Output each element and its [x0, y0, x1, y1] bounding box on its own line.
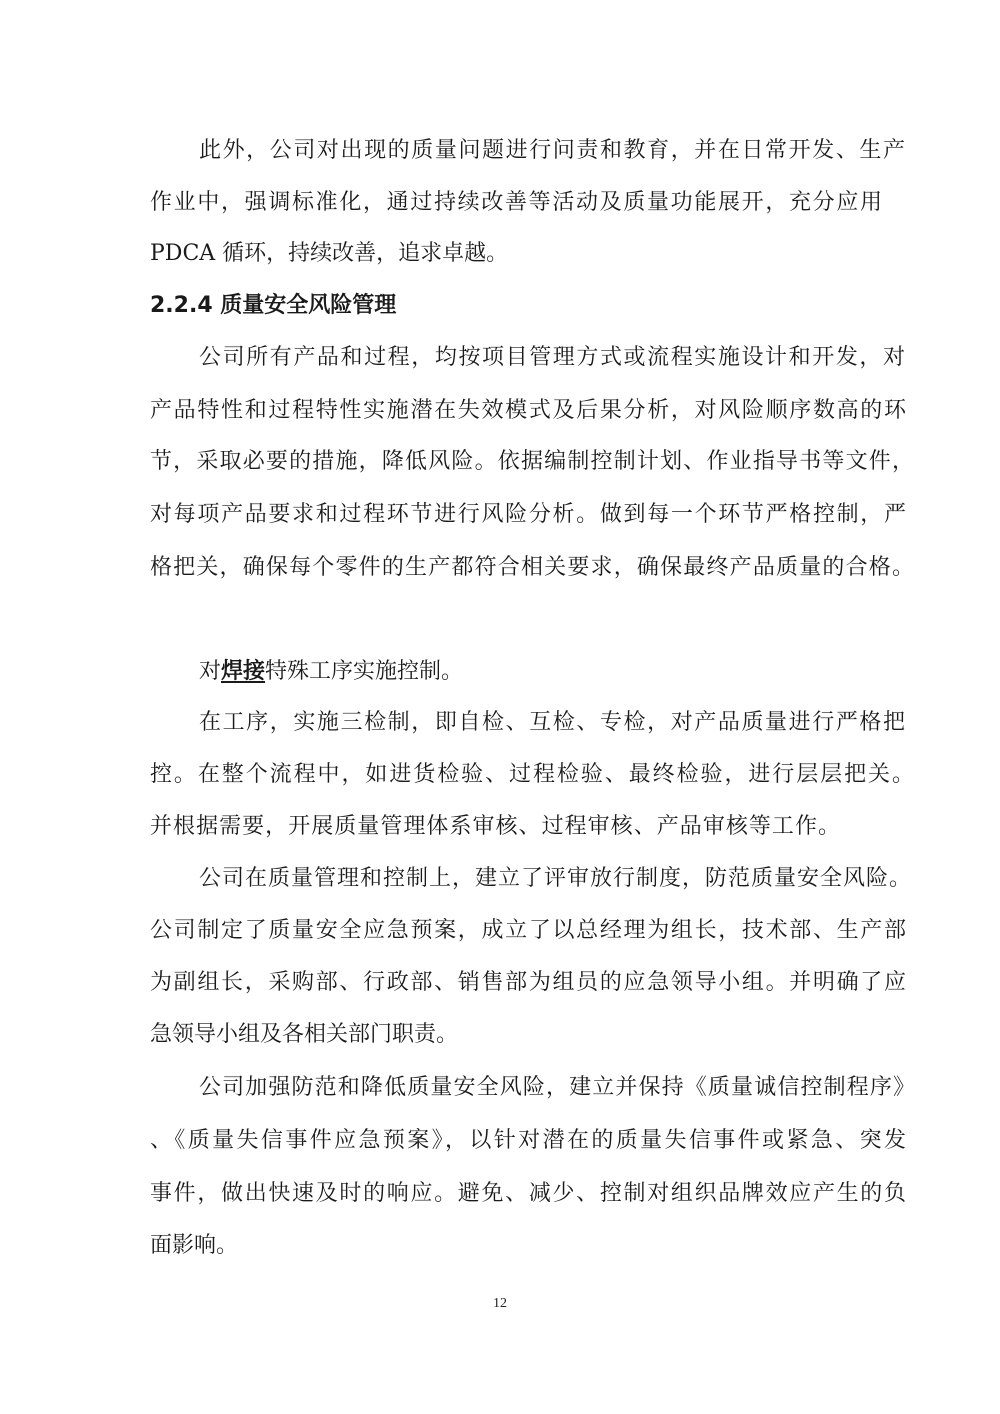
paragraph-4-line-2: 控。在整个流程中，如进货检验、过程检验、最终检验，进行层层把关。	[150, 760, 914, 790]
paragraph-2-line-3: 节，采取必要的措施，降低风险。依据编制控制计划、作业指导书等文件，	[150, 447, 914, 477]
paragraph-6-line-4: 面影响。	[150, 1231, 238, 1261]
paragraph-5-line-2: 公司制定了质量安全应急预案，成立了以总经理为组长，技术部、生产部	[150, 916, 906, 946]
paragraph-2-line-4: 对每项产品要求和过程环节进行风险分析。做到每一个环节严格控制，严	[150, 500, 906, 530]
paragraph-5-line-1: 公司在质量管理和控制上，建立了评审放行制度，防范质量安全风险。	[199, 864, 911, 894]
paragraph-3-suffix: 特殊工序实施控制。	[265, 659, 463, 684]
paragraph-3-prefix: 对	[199, 659, 221, 684]
paragraph-1-line-3: PDCA 循环，持续改善，追求卓越。	[150, 239, 508, 269]
page-number: 12	[480, 1296, 520, 1312]
paragraph-4-line-3: 并根据需要，开展质量管理体系审核、过程审核、产品审核等工作。	[150, 812, 840, 842]
paragraph-1-line-1: 此外，公司对出现的质量问题进行问责和教育，并在日常开发、生产	[199, 136, 905, 166]
paragraph-3: 对焊接特殊工序实施控制。	[199, 656, 463, 686]
paragraph-4-line-1: 在工序，实施三检制，即自检、互检、专检，对产品质量进行严格把	[199, 708, 905, 738]
paragraph-2-line-5: 格把关，确保每个零件的生产都符合相关要求，确保最终产品质量的合格。	[150, 553, 914, 583]
paragraph-5-line-4: 急领导小组及各相关部门职责。	[150, 1020, 458, 1050]
paragraph-6-line-3: 事件，做出快速及时的响应。避免、减少、控制对组织品牌效应产生的负	[150, 1179, 906, 1209]
document-page: 此外，公司对出现的质量问题进行问责和教育，并在日常开发、生产 作业中，强调标准化…	[0, 0, 1000, 1414]
paragraph-5-line-3: 为副组长，采购部、行政部、销售部为组员的应急领导小组。并明确了应	[150, 968, 906, 998]
paragraph-3-emphasis: 焊接	[221, 658, 265, 684]
paragraph-6-line-2: 、《质量失信事件应急预案》，以针对潜在的质量失信事件或紧急、突发	[150, 1126, 906, 1156]
paragraph-1-line-2: 作业中，强调标准化，通过持续改善等活动及质量功能展开，充分应用	[150, 188, 882, 218]
paragraph-6-line-1: 公司加强防范和降低质量安全风险，建立并保持《质量诚信控制程序》	[199, 1073, 915, 1103]
paragraph-2-line-1: 公司所有产品和过程，均按项目管理方式或流程实施设计和开发，对	[199, 343, 905, 373]
section-heading: 2.2.4 质量安全风险管理	[150, 291, 396, 321]
paragraph-2-line-2: 产品特性和过程特性实施潜在失效模式及后果分析，对风险顺序数高的环	[150, 396, 906, 426]
